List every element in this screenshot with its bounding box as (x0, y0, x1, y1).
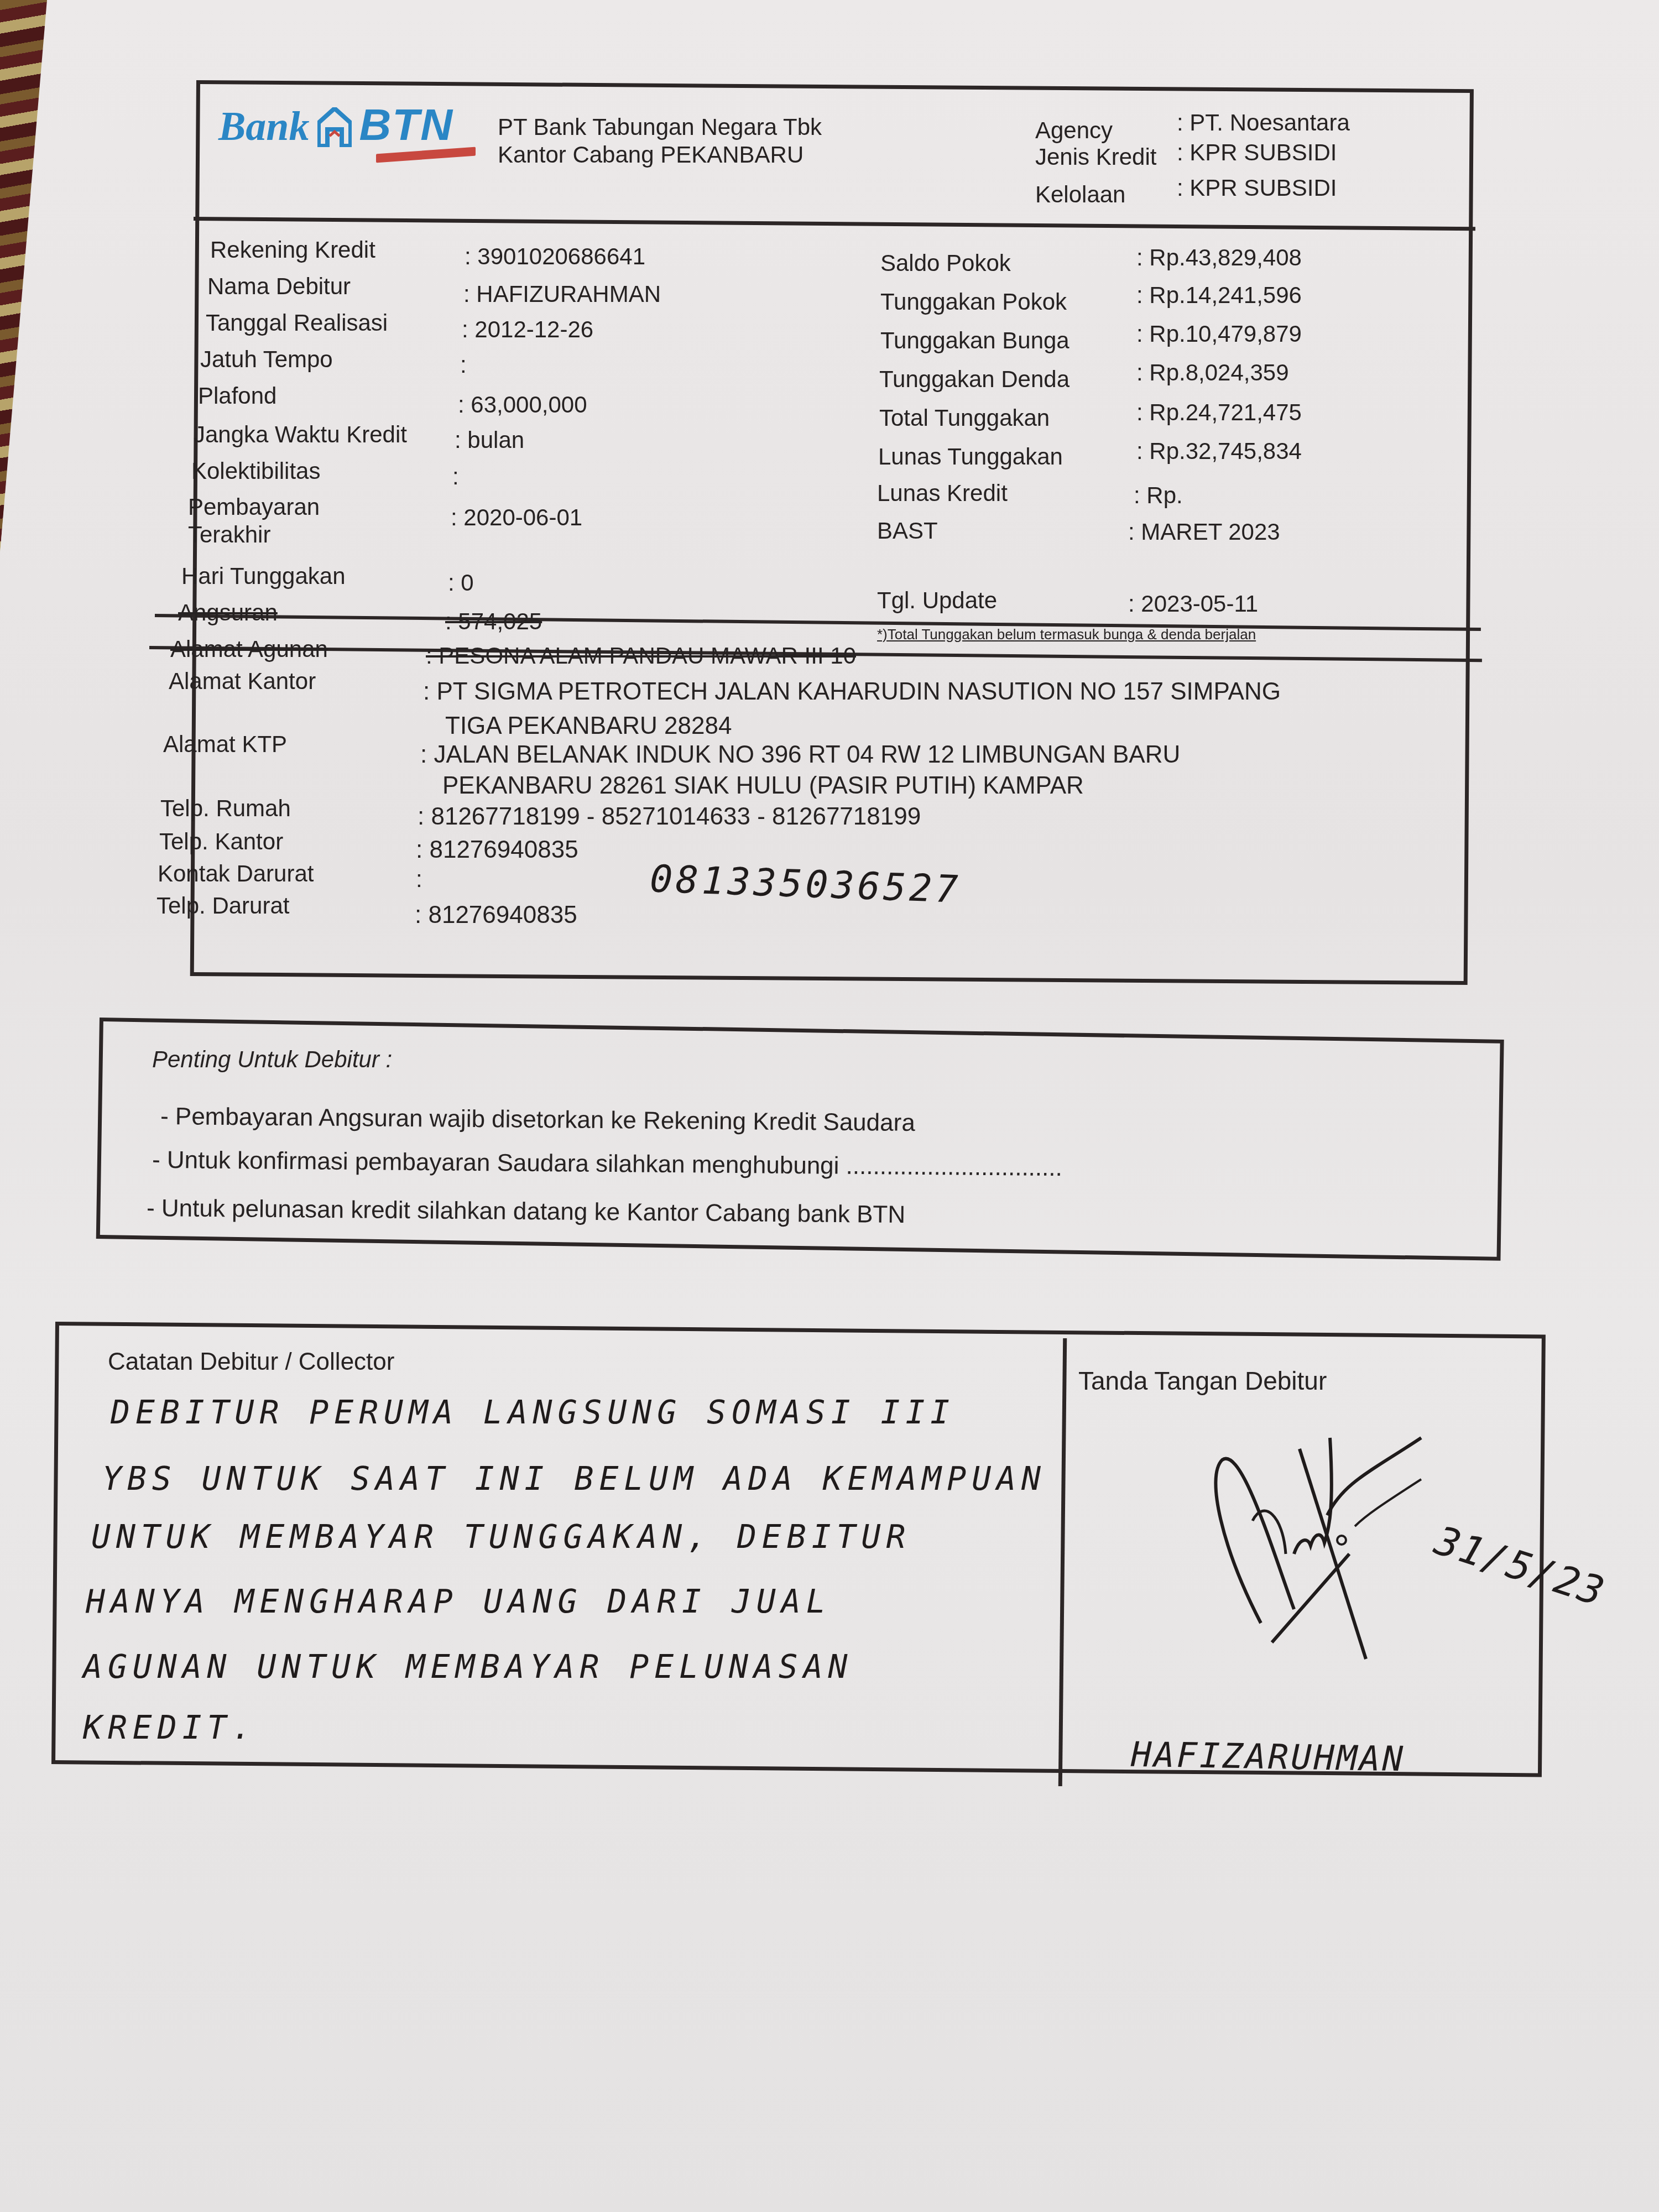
tanggal-realisasi-value: : 2012-12-26 (462, 316, 593, 343)
tunggakan-pokok-label: Tunggakan Pokok (880, 289, 1067, 315)
kontak-darurat-value: : (416, 866, 422, 893)
alamat-kantor-value-2: TIGA PEKANBARU 28284 (445, 712, 732, 740)
alamat-kantor-label: Alamat Kantor (169, 668, 316, 695)
saldo-pokok-label: Saldo Pokok (880, 250, 1011, 276)
notes-title: Catatan Debitur / Collector (108, 1348, 394, 1376)
alamat-kantor-value-1: : PT SIGMA PETROTECH JALAN KAHARUDIN NAS… (423, 678, 1281, 706)
tgl-update-label: Tgl. Update (877, 587, 997, 614)
alamat-agunan-label: Alamat Agunan (170, 636, 328, 662)
tunggakan-bunga-value: : Rp.10,479,879 (1136, 321, 1302, 347)
kelolaan-label: Kelolaan (1035, 181, 1125, 208)
logo-bank-word: Bank (218, 103, 310, 150)
lunas-kredit-value: : Rp. (1134, 482, 1183, 509)
alamat-ktp-value-1: : JALAN BELANAK INDUK NO 396 RT 04 RW 12… (420, 741, 1180, 769)
rekening-kredit-label: Rekening Kredit (210, 237, 375, 263)
note-line-4: HANYA MENGHARAP UANG DARI JUAL (86, 1583, 831, 1620)
telp-darurat-value: : 81276940835 (415, 901, 577, 929)
account-info-box (190, 80, 1474, 985)
tunggakan-denda-value: : Rp.8,024,359 (1136, 359, 1289, 386)
signature-mark (1189, 1405, 1454, 1670)
lunas-tunggakan-value: : Rp.32,745,834 (1136, 438, 1302, 465)
telp-darurat-label: Telp. Darurat (156, 893, 289, 919)
bast-value: : MARET 2023 (1128, 519, 1280, 545)
jatuh-tempo-label: Jatuh Tempo (200, 346, 333, 373)
bast-label: BAST (877, 518, 938, 544)
lunas-tunggakan-label: Lunas Tunggakan (878, 444, 1063, 470)
telp-kantor-label: Telp. Kantor (159, 828, 283, 855)
jangka-waktu-value: : bulan (455, 427, 524, 453)
alamat-ktp-value-2: PEKANBARU 28261 SIAK HULU (PASIR PUTIH) … (442, 772, 1084, 800)
kontak-darurat-label: Kontak Darurat (158, 860, 314, 887)
footnote: *)Total Tunggakan belum termasuk bunga &… (877, 626, 1256, 643)
note-line-2: YBS UNTUK SAAT INI BELUM ADA KEMAMPUAN (102, 1460, 1046, 1498)
total-tunggakan-label: Total Tunggakan (879, 405, 1050, 431)
telp-rumah-value: : 81267718199 - 85271014633 - 8126771819… (418, 803, 921, 831)
kolektibilitas-label: Kolektibilitas (191, 458, 320, 484)
tgl-update-value: : 2023-05-11 (1128, 591, 1258, 617)
nama-debitur-label: Nama Debitur (207, 273, 351, 300)
bank-btn-logo: Bank BTN (218, 100, 453, 150)
notice-title: Penting Untuk Debitur : (152, 1046, 392, 1073)
house-icon (317, 107, 352, 147)
pembayaran-terakhir-text: Pembayaran Terakhir (188, 494, 320, 547)
logo-btn-word: BTN (359, 100, 453, 150)
pembayaran-terakhir-value: : 2020-06-01 (451, 504, 582, 531)
total-tunggakan-value: : Rp.24,721,475 (1136, 399, 1302, 426)
tunggakan-pokok-value: : Rp.14,241,596 (1136, 282, 1302, 309)
branch-name: Kantor Cabang PEKANBARU (498, 141, 804, 169)
note-line-3: UNTUK MEMBAYAR TUNGGAKAN, DEBITUR (91, 1518, 911, 1556)
jangka-waktu-label: Jangka Waktu Kredit (194, 421, 407, 448)
alamat-agunan-value: : PESONA ALAM PANDAU MAWAR III 10 (426, 643, 856, 669)
note-line-6: KREDIT. (83, 1709, 257, 1746)
nama-debitur-value: : HAFIZURAHMAN (463, 281, 661, 307)
jatuh-tempo-value: : (460, 352, 467, 378)
tanggal-realisasi-label: Tanggal Realisasi (206, 310, 388, 336)
plafond-label: Plafond (198, 383, 276, 409)
jenis-kredit-label: Jenis Kredit (1035, 144, 1156, 170)
kolektibilitas-value: : (452, 463, 459, 490)
company-name: PT Bank Tabungan Negara Tbk (498, 113, 822, 141)
kelolaan-value: : KPR SUBSIDI (1177, 175, 1337, 201)
angsuran-label: Angsuran (178, 599, 278, 626)
lunas-kredit-label: Lunas Kredit (877, 480, 1008, 507)
agency-value: : PT. Noesantara (1177, 109, 1350, 136)
telp-rumah-label: Telp. Rumah (160, 795, 291, 822)
pembayaran-terakhir-label: Pembayaran Terakhir (188, 493, 332, 549)
hari-tunggakan-value: : 0 (448, 570, 474, 596)
rekening-kredit-value: : 3901020686641 (465, 243, 645, 270)
telp-kantor-value: : 81276940835 (416, 836, 578, 864)
hari-tunggakan-label: Hari Tunggakan (181, 563, 346, 589)
tunggakan-bunga-label: Tunggakan Bunga (880, 327, 1070, 354)
plafond-value: : 63,000,000 (458, 392, 587, 418)
agency-label: Agency (1035, 117, 1113, 144)
alamat-ktp-label: Alamat KTP (163, 731, 287, 758)
angsuran-value: : 574,025 (445, 608, 542, 635)
tunggakan-denda-label: Tunggakan Denda (879, 366, 1070, 393)
note-line-5: AGUNAN UNTUK MEMBAYAR PELUNASAN (83, 1648, 853, 1686)
note-line-1: DEBITUR PERUMA LANGSUNG SOMASI III (111, 1394, 955, 1431)
signature-name: HAFIZARUHMAN (1130, 1734, 1405, 1780)
signature-title: Tanda Tangan Debitur (1078, 1366, 1327, 1396)
saldo-pokok-value: : Rp.43,829,408 (1136, 244, 1302, 271)
jenis-kredit-value: : KPR SUBSIDI (1177, 139, 1337, 166)
